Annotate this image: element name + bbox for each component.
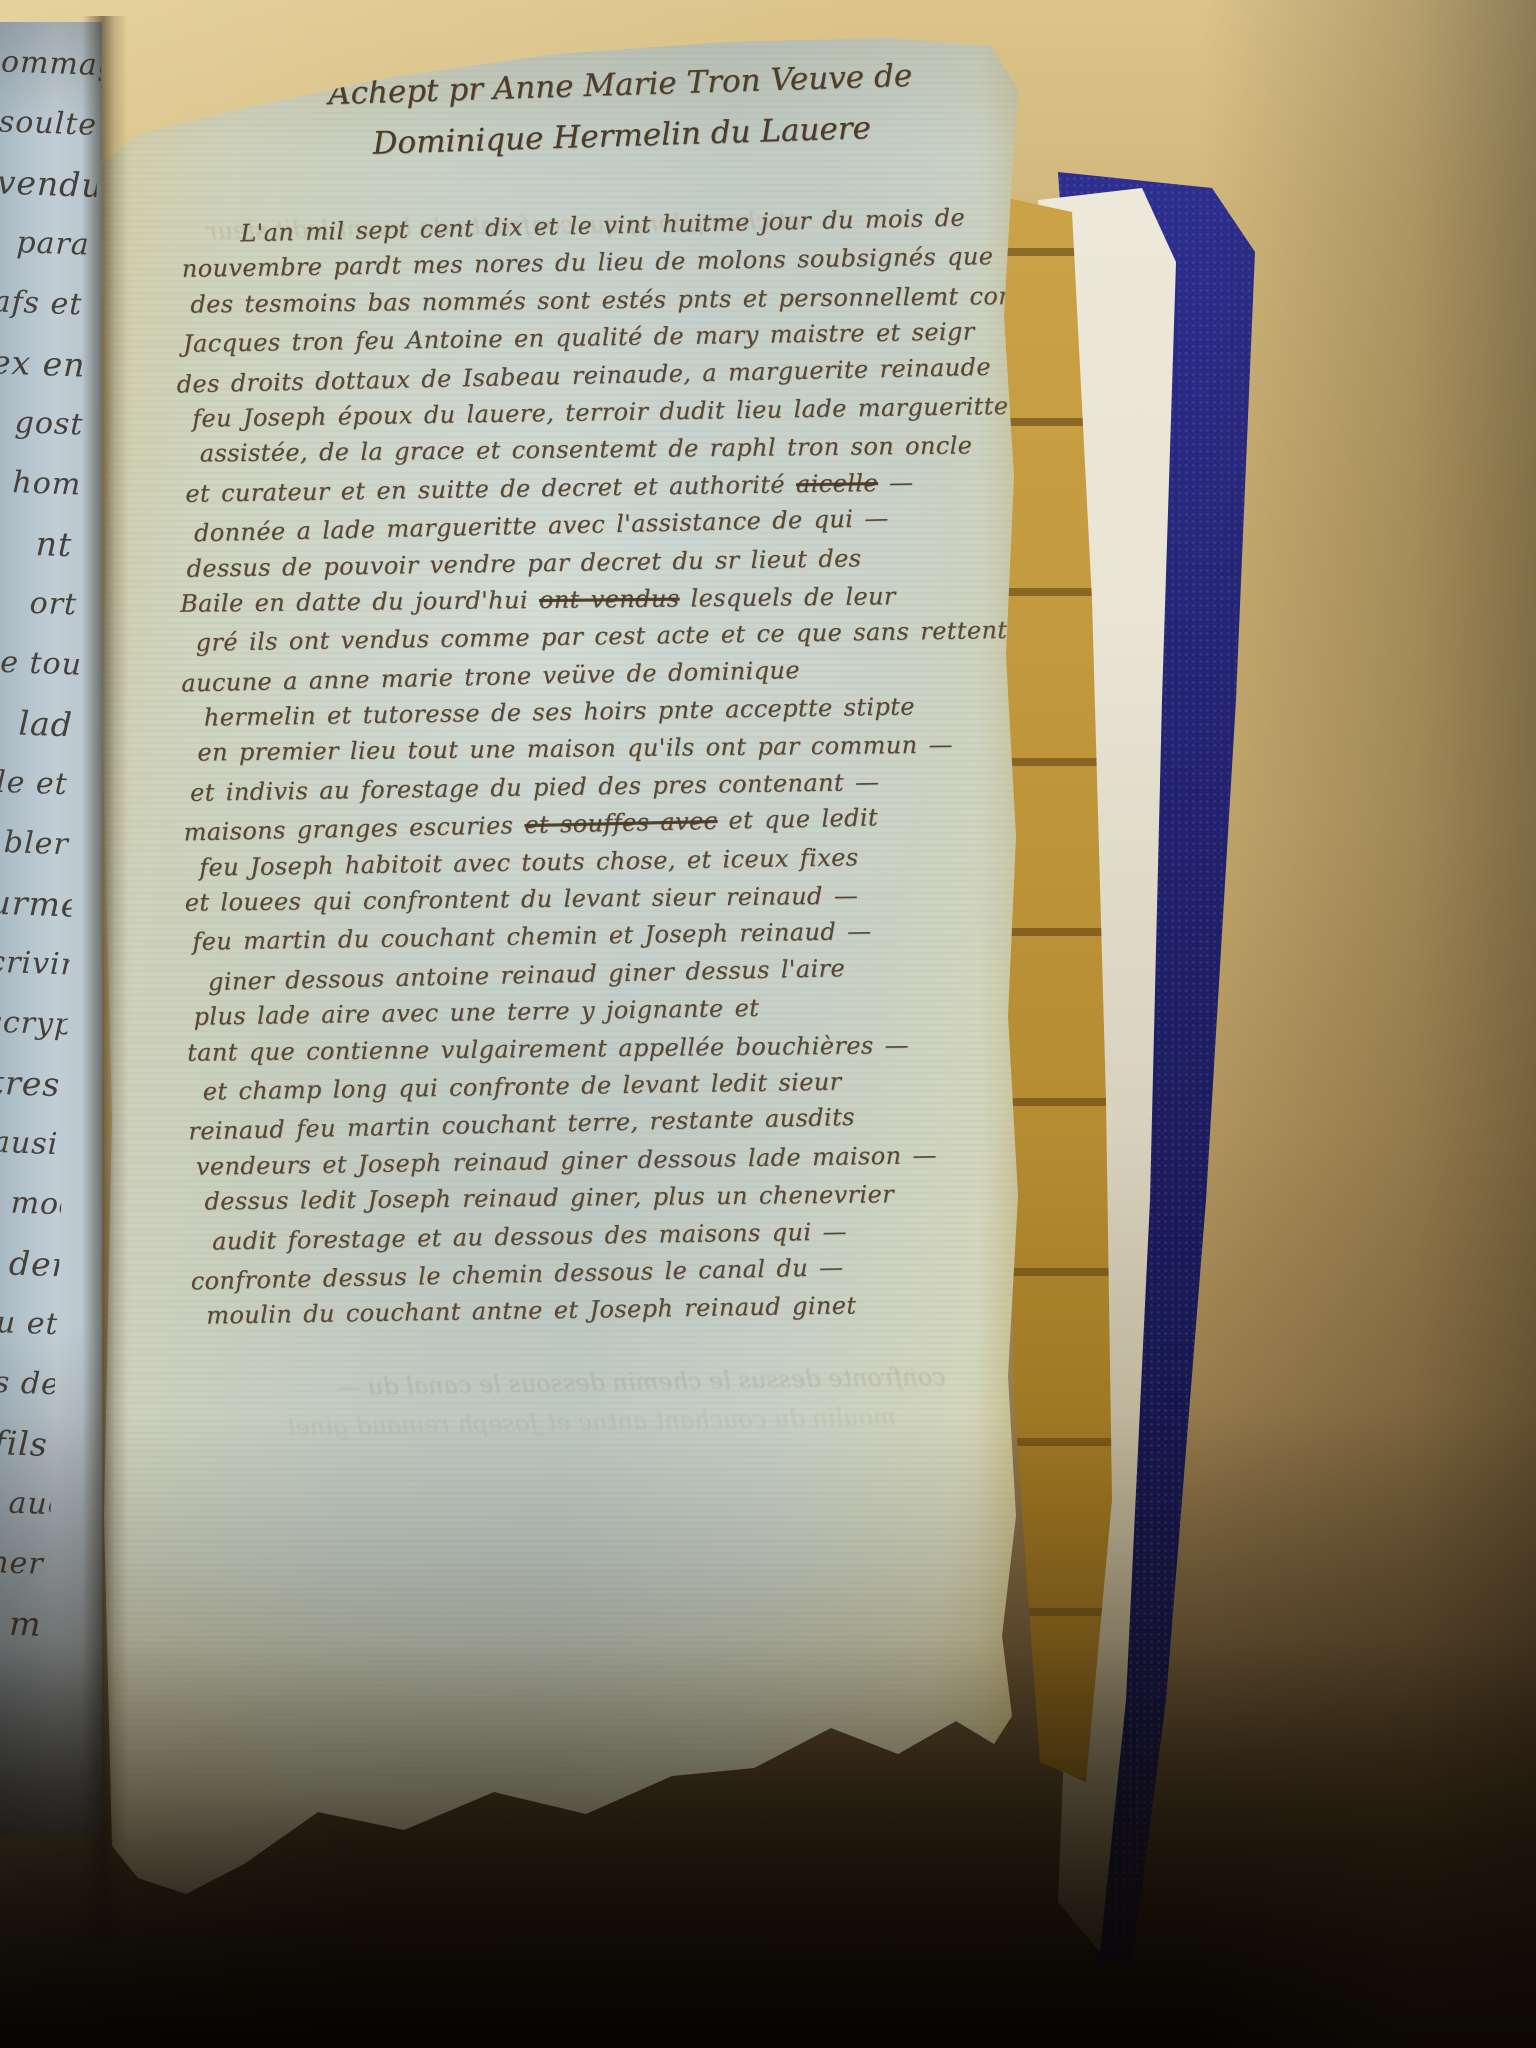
bleedthrough-text: confronte dessus le chemin dessous le ca… [336,1363,946,1402]
page-number: 420 [139,59,233,129]
manuscript-photo: ommagsoultervenduparaafs etex engosthomn… [0,0,1536,2048]
act-title: Achept pr Anne Marie Tron Veuve de Domin… [275,49,968,173]
manuscript-page: 420 Achept pr Anne Marie Tron Veuve de D… [86,16,1036,1976]
bleedthrough-text: moulin du couchant antne et Joseph reina… [286,1403,896,1442]
binding-gutter-shadow [82,16,128,1946]
body-text: L'an mil sept cent dix et le vint huitme… [174,201,1032,1336]
